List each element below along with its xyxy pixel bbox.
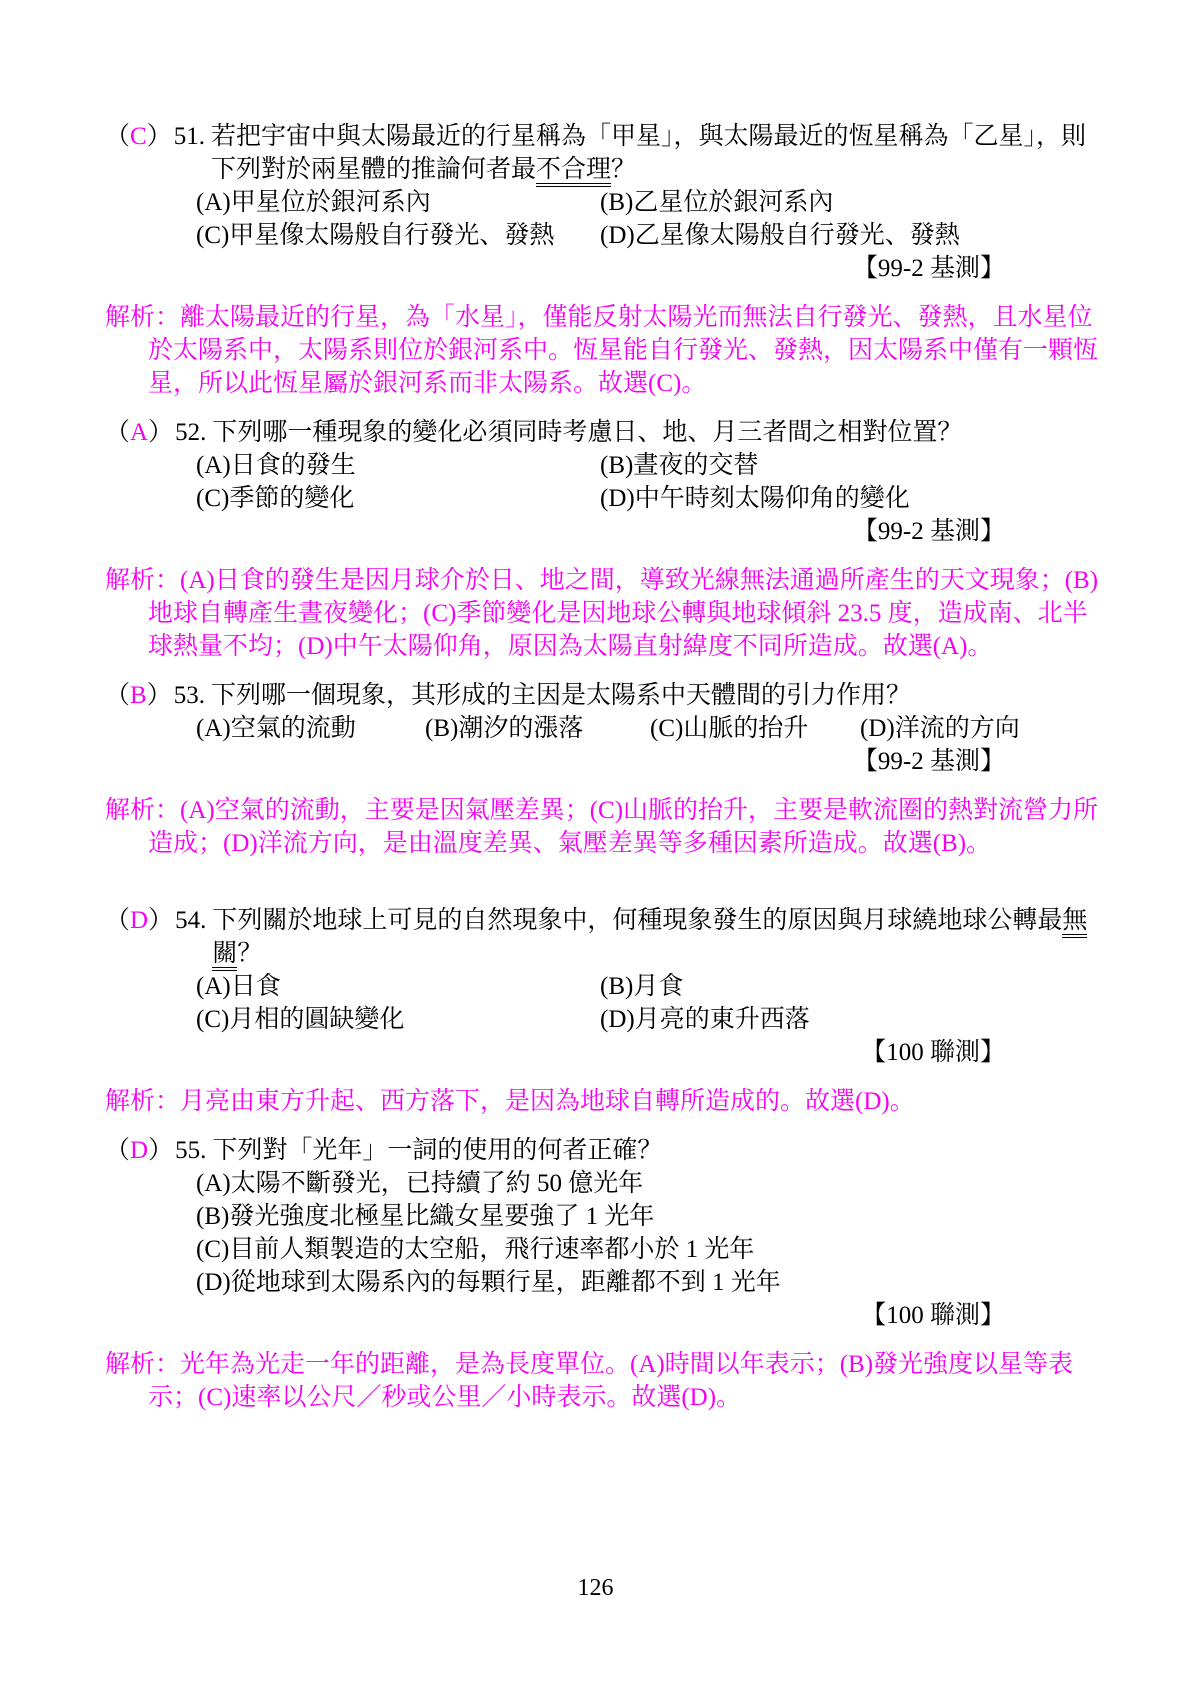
question-stem: 下列哪一種現象的變化必須同時考慮日、地、月三者間之相對位置？ <box>212 416 1102 449</box>
option-a: (A)日食的發生 <box>196 449 356 482</box>
answer-letter: D <box>130 1137 148 1164</box>
analysis-label: 解析： <box>105 797 180 824</box>
question-54-row: （D） 54. 下列關於地球上可見的自然現象中，何種現象發生的原因與月球繞地球公… <box>105 904 1102 970</box>
question-stem: 下列對「光年」一詞的使用的何者正確？ <box>212 1134 1102 1167</box>
option-d: (D)中午時刻太陽仰角的變化 <box>600 482 910 515</box>
options: (A)太陽不斷發光，已持續了約 50 億光年 (B)發光強度北極星比織女星要強了… <box>196 1167 1102 1299</box>
option-d: (D)從地球到太陽系內的每顆行星，距離都不到 1 光年 <box>196 1266 1102 1299</box>
answer-key: （C） <box>105 120 172 153</box>
analysis-label: 解析： <box>105 1088 180 1115</box>
analysis-label: 解析： <box>105 1351 180 1378</box>
question-51-row: （C） 51. 若把宇宙中與太陽最近的行星稱為「甲星」，與太陽最近的恆星稱為「乙… <box>105 120 1102 186</box>
analysis-text: 離太陽最近的行星，為「水星」，僅能反射太陽光而無法自行發光、發熱，且水星位於太陽… <box>148 304 1098 397</box>
answer-letter: D <box>130 907 148 934</box>
stem-text-end: ？ <box>611 156 636 183</box>
option-a: (A)日食 <box>196 970 281 1003</box>
answer-key: （D） <box>105 904 173 937</box>
option-c: (C)月相的圓缺變化 <box>196 1003 404 1036</box>
answer-key: （D） <box>105 1134 173 1167</box>
question-53: （B） 53. 下列哪一個現象，其形成的主因是太陽系中天體間的引力作用？ (A)… <box>105 679 1102 778</box>
option-a: (A)太陽不斷發光，已持續了約 50 億光年 <box>196 1167 1102 1200</box>
option-d: (D)乙星像太陽般自行發光、發熱 <box>600 219 960 252</box>
stem-underlined-text: 不合理 <box>536 156 611 187</box>
source-tag: 【99-2 基測】 <box>105 515 1102 548</box>
question-53-row: （B） 53. 下列哪一個現象，其形成的主因是太陽系中天體間的引力作用？ <box>105 679 1102 712</box>
stem-text: 下列哪一種現象的變化必須同時考慮日、地、月三者間之相對位置？ <box>212 419 962 446</box>
option-c: (C)季節的變化 <box>196 482 354 515</box>
question-54: （D） 54. 下列關於地球上可見的自然現象中，何種現象發生的原因與月球繞地球公… <box>105 904 1102 1069</box>
paren-open: （ <box>105 1137 130 1164</box>
source-tag: 【100 聯測】 <box>105 1036 1102 1069</box>
stem-text: 下列關於地球上可見的自然現象中，何種現象發生的原因與月球繞地球公轉最 <box>212 907 1062 934</box>
source-tag: 【100 聯測】 <box>105 1299 1102 1332</box>
option-b: (B)發光強度北極星比織女星要強了 1 光年 <box>196 1200 1102 1233</box>
analysis-53: 解析：(A)空氣的流動，主要是因氣壓差異；(C)山脈的抬升，主要是軟流圈的熱對流… <box>105 794 1102 860</box>
analysis-text: (A)空氣的流動，主要是因氣壓差異；(C)山脈的抬升，主要是軟流圈的熱對流營力所… <box>148 797 1098 857</box>
answer-key: （B） <box>105 679 172 712</box>
question-52: （A） 52. 下列哪一種現象的變化必須同時考慮日、地、月三者間之相對位置？ (… <box>105 416 1102 548</box>
analysis-label: 解析： <box>105 304 180 331</box>
paren-open: （ <box>105 123 130 150</box>
option-b: (B)晝夜的交替 <box>600 449 758 482</box>
question-52-row: （A） 52. 下列哪一種現象的變化必須同時考慮日、地、月三者間之相對位置？ <box>105 416 1102 449</box>
options: (A)日食的發生 (B)晝夜的交替 (C)季節的變化 (D)中午時刻太陽仰角的變… <box>196 449 1102 515</box>
analysis-text: 月亮由東方升起、西方落下，是因為地球自轉所造成的。故選(D)。 <box>180 1088 915 1115</box>
analysis-text: 光年為光走一年的距離，是為長度單位。(A)時間以年表示；(B)發光強度以星等表示… <box>148 1351 1073 1411</box>
answer-key: （A） <box>105 416 173 449</box>
question-number: 52. <box>175 416 206 449</box>
stem-text: 下列對「光年」一詞的使用的何者正確？ <box>212 1137 662 1164</box>
answer-letter: B <box>130 682 147 709</box>
answer-letter: A <box>130 419 148 446</box>
stem-text: 下列哪一個現象，其形成的主因是太陽系中天體間的引力作用？ <box>211 682 911 709</box>
paren-close: ） <box>148 1137 173 1164</box>
option-b: (B)月食 <box>600 970 683 1003</box>
question-55-row: （D） 55. 下列對「光年」一詞的使用的何者正確？ <box>105 1134 1102 1167</box>
page-footer: 126 <box>0 1572 1191 1605</box>
paren-open: （ <box>105 907 130 934</box>
option-c: (C)目前人類製造的太空船，飛行速率都小於 1 光年 <box>196 1233 1102 1266</box>
question-number: 55. <box>175 1134 206 1167</box>
question-number: 53. <box>174 679 205 712</box>
question-number: 51. <box>174 120 205 153</box>
analysis-51: 解析：離太陽最近的行星，為「水星」，僅能反射太陽光而無法自行發光、發熱，且水星位… <box>105 301 1102 400</box>
page-number: 126 <box>578 1575 614 1601</box>
options: (A)甲星位於銀河系內 (B)乙星位於銀河系內 (C)甲星像太陽般自行發光、發熱… <box>196 186 1102 252</box>
analysis-52: 解析：(A)日食的發生是因月球介於日、地之間，導致光線無法通過所產生的天文現象；… <box>105 564 1102 663</box>
options: (A)空氣的流動 (B)潮汐的漲落 (C)山脈的抬升 (D)洋流的方向 <box>196 712 1102 745</box>
options: (A)日食 (B)月食 (C)月相的圓缺變化 (D)月亮的東升西落 <box>196 970 1102 1036</box>
option-d: (D)洋流的方向 <box>860 712 1020 745</box>
option-c: (C)甲星像太陽般自行發光、發熱 <box>196 219 554 252</box>
option-c: (C)山脈的抬升 <box>650 712 808 745</box>
source-tag: 【99-2 基測】 <box>105 252 1102 285</box>
question-stem: 下列關於地球上可見的自然現象中，何種現象發生的原因與月球繞地球公轉最無關？ <box>212 904 1102 970</box>
paren-close: ） <box>148 419 173 446</box>
analysis-55: 解析：光年為光走一年的距離，是為長度單位。(A)時間以年表示；(B)發光強度以星… <box>105 1348 1102 1414</box>
question-number: 54. <box>175 904 206 937</box>
stem-text: 若把宇宙中與太陽最近的行星稱為「甲星」，與太陽最近的恆星稱為「乙星」，則下列對於… <box>211 123 1086 183</box>
answer-letter: C <box>130 123 147 150</box>
option-a: (A)甲星位於銀河系內 <box>196 186 431 219</box>
question-51: （C） 51. 若把宇宙中與太陽最近的行星稱為「甲星」，與太陽最近的恆星稱為「乙… <box>105 120 1102 285</box>
option-d: (D)月亮的東升西落 <box>600 1003 810 1036</box>
analysis-label: 解析： <box>105 567 180 594</box>
option-b: (B)乙星位於銀河系內 <box>600 186 833 219</box>
paren-open: （ <box>105 682 130 709</box>
source-tag: 【99-2 基測】 <box>105 745 1102 778</box>
paren-open: （ <box>105 419 130 446</box>
paren-close: ） <box>147 123 172 150</box>
question-55: （D） 55. 下列對「光年」一詞的使用的何者正確？ (A)太陽不斷發光，已持續… <box>105 1134 1102 1332</box>
analysis-54: 解析：月亮由東方升起、西方落下，是因為地球自轉所造成的。故選(D)。 <box>105 1085 1102 1118</box>
paren-close: ） <box>148 907 173 934</box>
option-a: (A)空氣的流動 <box>196 712 356 745</box>
analysis-text: (A)日食的發生是因月球介於日、地之間，導致光線無法通過所產生的天文現象；(B)… <box>148 567 1098 660</box>
paren-close: ） <box>147 682 172 709</box>
option-b: (B)潮汐的漲落 <box>425 712 583 745</box>
stem-text-end: ？ <box>237 940 262 967</box>
exam-page: （C） 51. 若把宇宙中與太陽最近的行星稱為「甲星」，與太陽最近的恆星稱為「乙… <box>105 0 1102 1414</box>
question-stem: 若把宇宙中與太陽最近的行星稱為「甲星」，與太陽最近的恆星稱為「乙星」，則下列對於… <box>211 120 1102 186</box>
question-stem: 下列哪一個現象，其形成的主因是太陽系中天體間的引力作用？ <box>211 679 1102 712</box>
